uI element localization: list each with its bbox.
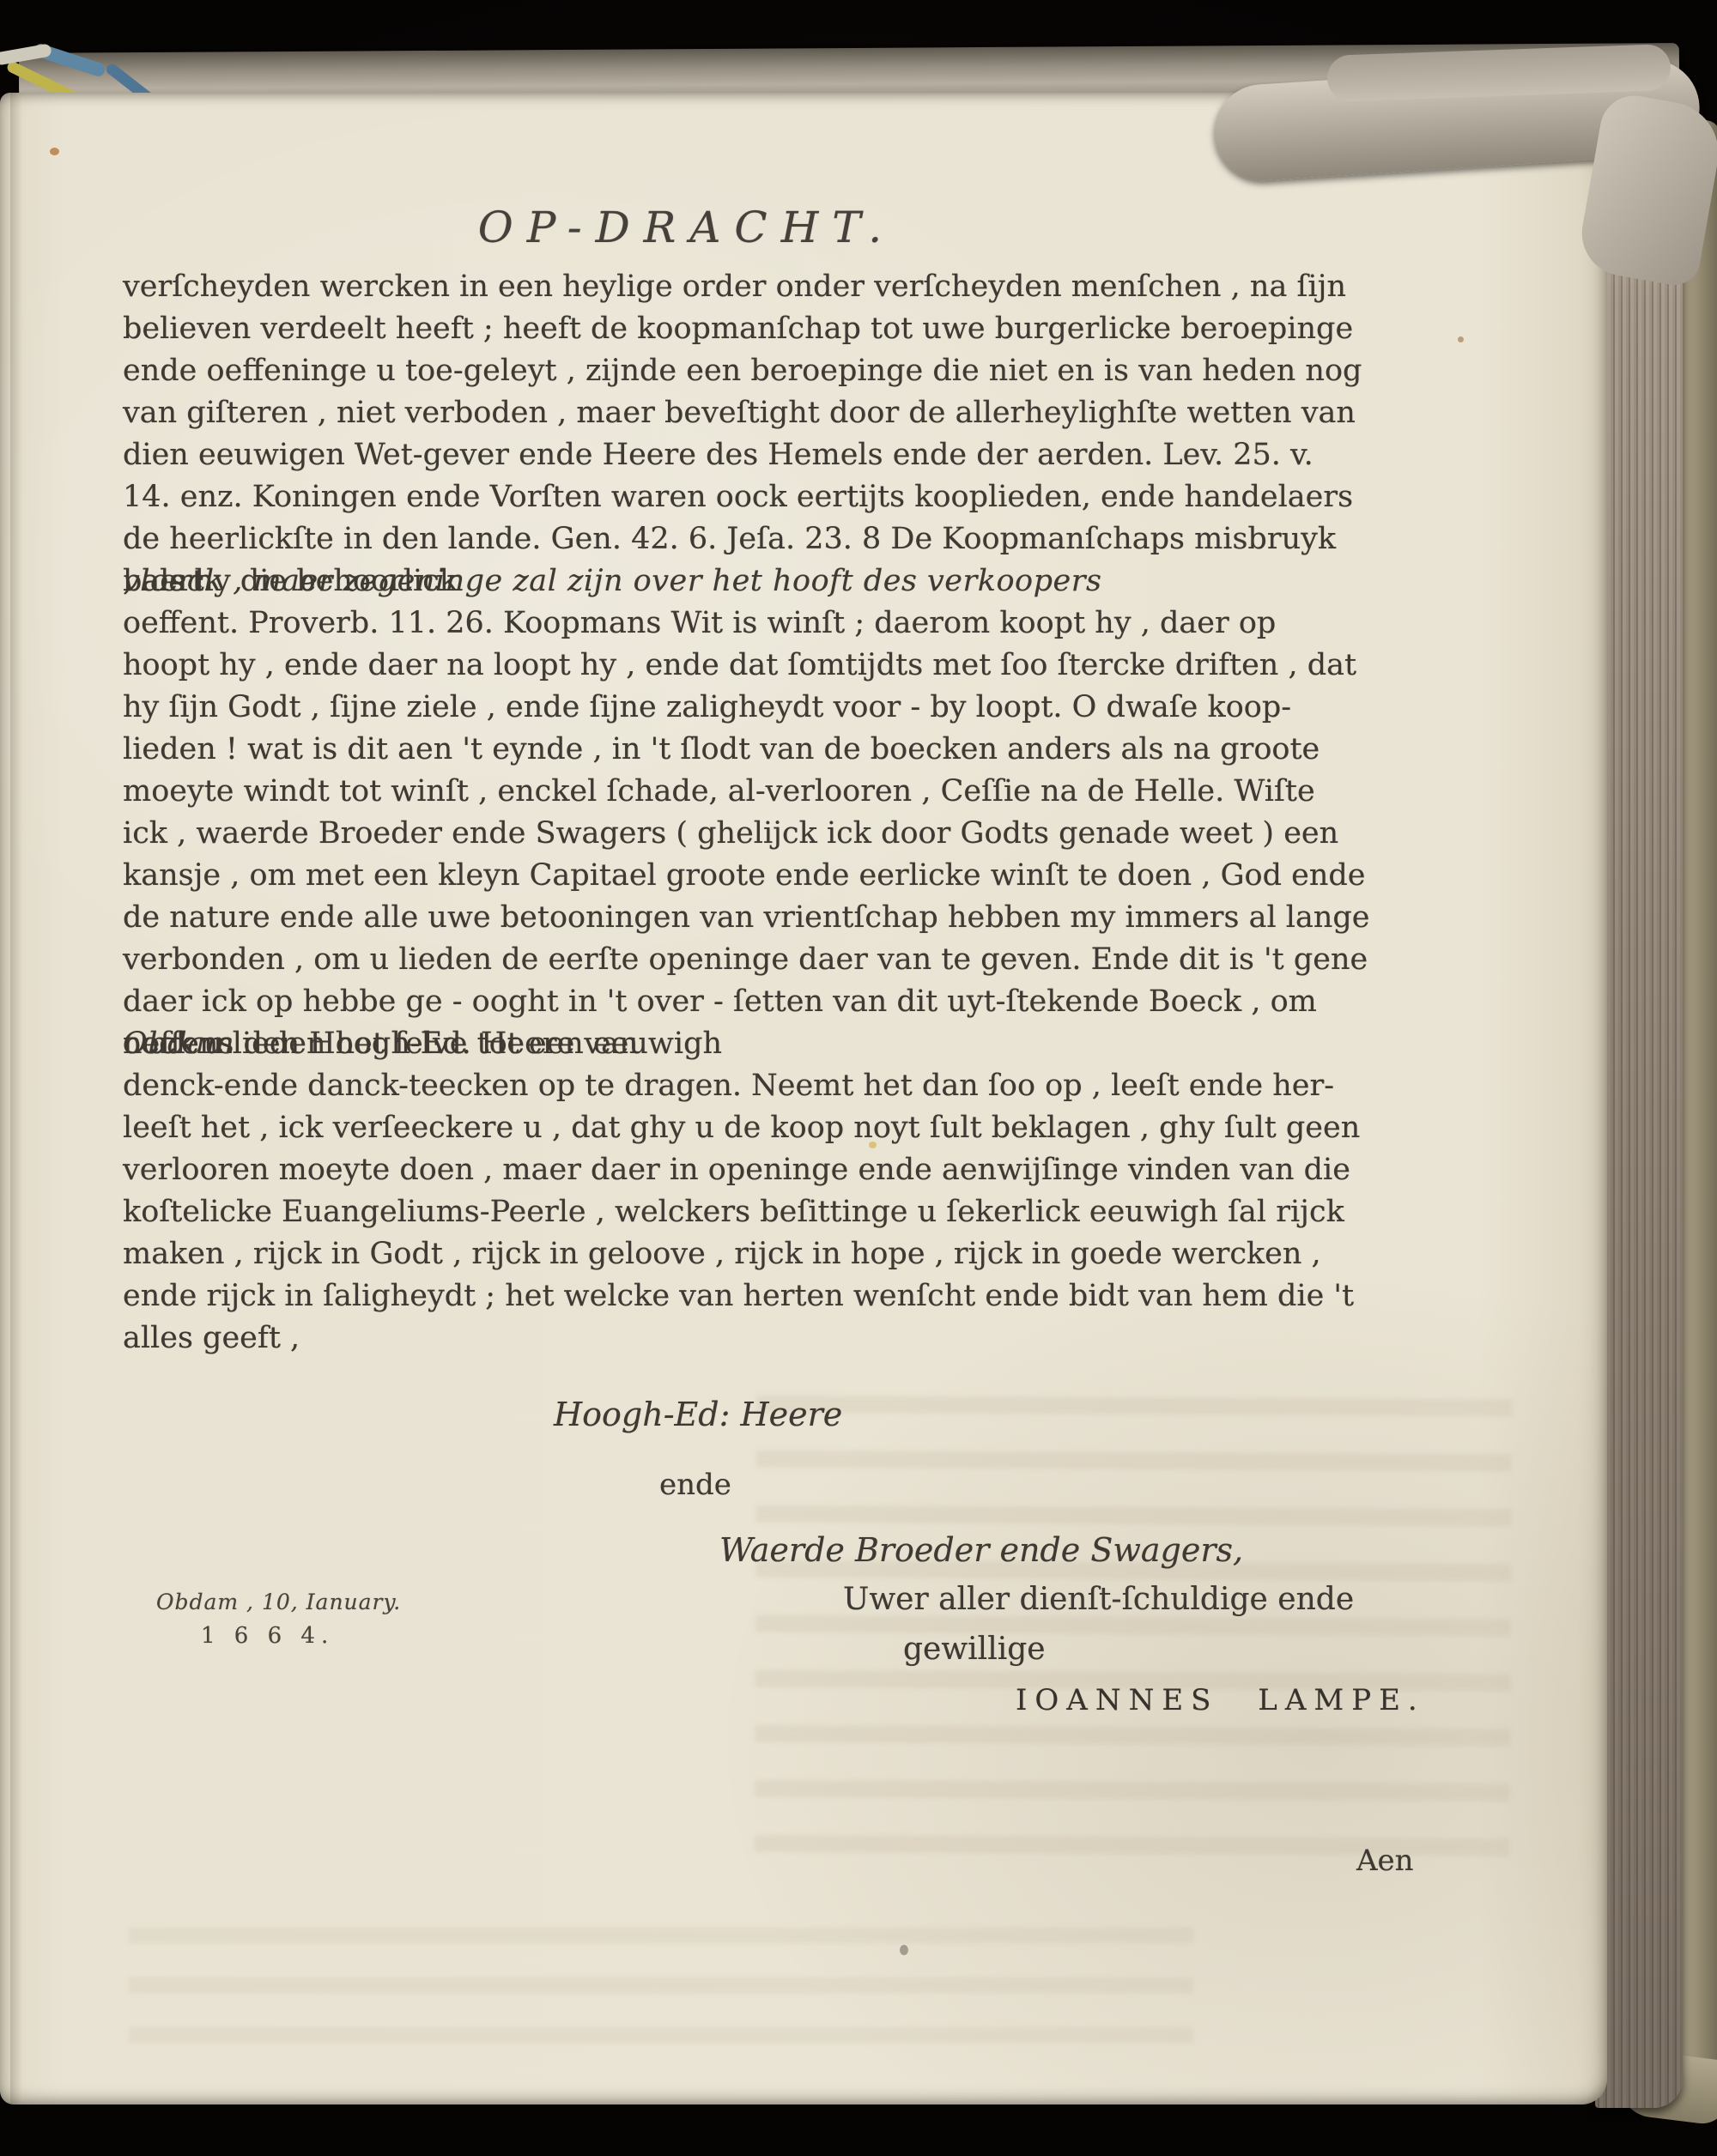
body-segment: hoopt hy , ende daer na loopt hy , ende …	[123, 645, 1356, 687]
body-line: maken , rijck in Godt , rijck in geloove…	[123, 1233, 1479, 1275]
body-segment: kansje , om met een kleyn Capitael groot…	[123, 855, 1366, 897]
body-line: hoopt hy , ende daer na loopt hy , ende …	[123, 645, 1479, 687]
body-line: 14. enz. Koningen ende Vorſten waren ooc…	[123, 476, 1479, 518]
body-segment: verbonden , om u lieden de eerſte openin…	[123, 939, 1368, 981]
body-line: koſtelicke Euangeliums-Peerle , welckers…	[123, 1191, 1479, 1233]
ink-speck	[900, 1945, 908, 1955]
body-segment: hy ſijn Godt , ſijne ziele , ende ſijne …	[123, 687, 1291, 729]
body-line: de nature ende alle uwe betooningen van …	[123, 897, 1479, 939]
dateline-place: Obdam , 10, Ianuary.	[156, 1590, 401, 1614]
body-segment: lieden ! wat is dit aen 't eynde , in 't…	[123, 729, 1320, 771]
body-segment: oock u lieden het ſelve tot een eeuwigh	[123, 1023, 722, 1065]
body-segment: ende oeffeninge u toe-geleyt , zijnde ee…	[123, 350, 1362, 392]
body-line: verſcheyden wercken in een heylige order…	[123, 266, 1479, 308]
body-segment: koſtelicke Euangeliums-Peerle , welckers…	[123, 1191, 1344, 1233]
body-line: verbonden , om u lieden de eerſte openin…	[123, 939, 1479, 981]
page: OP-DRACHT. verſcheyden wercken in een he…	[0, 93, 1607, 2105]
body-line: de heerlickſte in den lande. Gen. 42. 6.…	[123, 518, 1479, 560]
body-segment: denck-ende danck-teecken op te dragen. N…	[123, 1065, 1334, 1107]
signature: IOANNES LAMPE.	[1016, 1683, 1425, 1717]
valediction-line-2: gewillige	[903, 1632, 1046, 1667]
body-segment: de heerlickſte in den lande. Gen. 42. 6.…	[123, 518, 1336, 560]
body-segment: van giſteren , niet verboden , maer beve…	[123, 392, 1356, 434]
ink-speck	[50, 148, 59, 155]
body-line: denck-ende danck-teecken op te dragen. N…	[123, 1065, 1479, 1107]
gutter-crease	[10, 93, 22, 2105]
body-line: ick , waerde Broeder ende Swagers ( ghel…	[123, 813, 1479, 855]
body-line: van giſteren , niet verboden , maer beve…	[123, 392, 1479, 434]
body-line: lieden ! wat is dit aen 't eynde , in 't…	[123, 729, 1479, 771]
body-line: ende oeffeninge u toe-geleyt , zijnde ee…	[123, 350, 1479, 392]
valediction-line-1: Uwer aller dienſt-ſchuldige ende	[843, 1582, 1354, 1617]
dateline-year: 1 6 6 4.	[201, 1623, 334, 1649]
body-line: oeffent. Proverb. 11. 26. Koopmans Wit i…	[123, 603, 1479, 645]
body-segment: dien eeuwigen Wet-gever ende Heere des H…	[123, 434, 1314, 476]
body-segment: oeffent. Proverb. 11. 26. Koopmans Wit i…	[123, 603, 1276, 645]
body-segment: leeſt het , ick verſeeckere u , dat ghy …	[123, 1107, 1360, 1149]
closing-salutation-2: ende	[659, 1468, 731, 1502]
body-line: leeſt het , ick verſeeckere u , dat ghy …	[123, 1107, 1479, 1149]
page-block-fore-edge	[1595, 106, 1683, 2108]
body-line: alles geeft ,	[123, 1317, 1479, 1360]
verso-show-through	[129, 1914, 1193, 2043]
body-segment: , als hy die behoorlick	[123, 560, 458, 603]
body-line: believen verdeelt heeft ; heeft de koopm…	[123, 308, 1479, 350]
body-segment: daer ick op hebbe ge - ooght in 't over …	[123, 981, 1317, 1023]
book-scan: OP-DRACHT. verſcheyden wercken in een he…	[0, 0, 1717, 2156]
body-segment: ick , waerde Broeder ende Swagers ( ghel…	[123, 813, 1338, 855]
body-line: verlooren moeyte doen , maer daer in ope…	[123, 1149, 1479, 1191]
body-segment: verſcheyden wercken in een heylige order…	[123, 266, 1346, 308]
closing-salutation-1: Hoogh-Ed: Heere	[554, 1396, 842, 1433]
page-title: OP-DRACHT.	[378, 203, 996, 252]
body-line: ende rijck in ſaligheydt ; het welcke va…	[123, 1275, 1479, 1317]
body-line: baert vloeck , maer zegeninge zal zijn o…	[123, 560, 1479, 603]
body-line: neffens den Hoogh-Ed. Heere van Obdam oo…	[123, 1023, 1479, 1065]
body-segment: de nature ende alle uwe betooningen van …	[123, 897, 1370, 939]
body-segment: maken , rijck in Godt , rijck in geloove…	[123, 1233, 1321, 1275]
body-segment: believen verdeelt heeft ; heeft de koopm…	[123, 308, 1353, 350]
body-line: moeyte windt tot winſt , enckel ſchade, …	[123, 771, 1479, 813]
body-line: hy ſijn Godt , ſijne ziele , ende ſijne …	[123, 687, 1479, 729]
body-line: kansje , om met een kleyn Capitael groot…	[123, 855, 1479, 897]
body-segment: alles geeft ,	[123, 1317, 300, 1360]
body-segment: verlooren moeyte doen , maer daer in ope…	[123, 1149, 1350, 1191]
body-segment: 14. enz. Koningen ende Vorſten waren ooc…	[123, 476, 1353, 518]
body-text: verſcheyden wercken in een heylige order…	[123, 266, 1479, 1360]
body-line: daer ick op hebbe ge - ooght in 't over …	[123, 981, 1479, 1023]
body-segment: moeyte windt tot winſt , enckel ſchade, …	[123, 771, 1315, 813]
body-line: dien eeuwigen Wet-gever ende Heere des H…	[123, 434, 1479, 476]
catchword: Aen	[1356, 1844, 1414, 1878]
body-segment: ende rijck in ſaligheydt ; het welcke va…	[123, 1275, 1354, 1317]
closing-salutation-3: Waerde Broeder ende Swagers,	[719, 1531, 1243, 1569]
